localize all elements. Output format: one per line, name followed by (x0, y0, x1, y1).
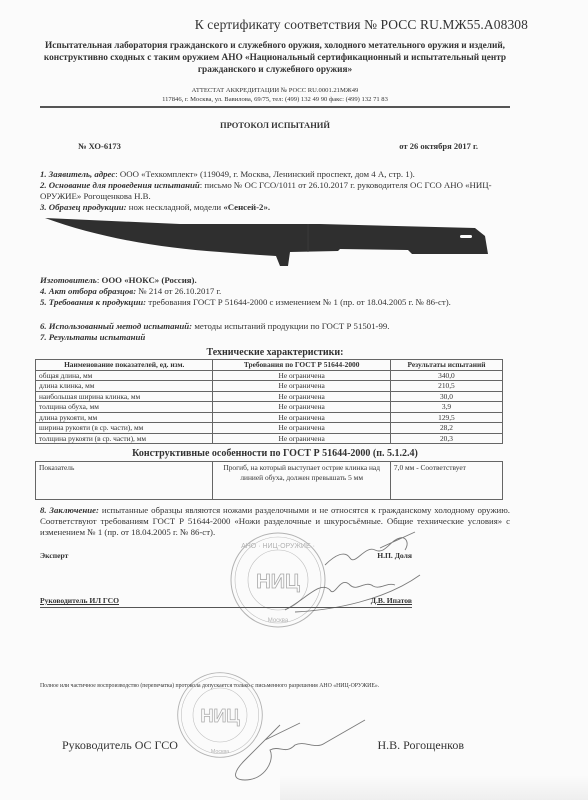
accreditation-number: АТТЕСТАТ АККРЕДИТАЦИИ № РОСС RU.0001.21М… (40, 86, 510, 95)
lab-address: 117846, г. Москва, ул. Вавилова, 69/75, … (40, 95, 510, 104)
head-lab-role: Руководитель ИЛ ГСО (40, 596, 119, 605)
certificate-reference: К сертификату соответствия № РОСС RU.МЖ5… (195, 17, 528, 33)
lab-header: Испытательная лаборатория гражданского и… (40, 40, 510, 76)
expert-signature-row: Эксперт Н.П. Доля (40, 551, 412, 563)
expert-role: Эксперт (40, 551, 68, 560)
table-row: Показатель Прогиб, на который выступает … (36, 462, 503, 500)
protocol-date: от 26 октября 2017 г. (399, 141, 478, 151)
document-title: ПРОТОКОЛ ИСПЫТАНИЙ (40, 120, 510, 130)
item-method: 6. Использованный метод испытаний: метод… (40, 321, 510, 332)
head-lab-signature-icon (275, 570, 425, 615)
svg-text:АНО · НИЦ-ОРУЖИЕ ·: АНО · НИЦ-ОРУЖИЕ · (241, 543, 315, 550)
accreditation-block: АТТЕСТАТ АККРЕДИТАЦИИ № РОСС RU.0001.21М… (40, 86, 510, 104)
protocol-number: № ХО-6173 (78, 141, 121, 151)
item-results: 7. Результаты испытаний (40, 332, 510, 343)
head-os-name: Н.В. Рогощенков (377, 738, 464, 753)
table-row: наибольшая ширина клинка, ммНе ограничен… (36, 391, 503, 402)
table-row: ширина рукояти (в ср. части), ммНе огран… (36, 423, 503, 434)
table-row: толщина рукояти (в ср. части), ммНе огра… (36, 433, 503, 444)
item-manufacturer: Изготовитель: ООО «НОКС» (Россия). (40, 275, 510, 286)
head-os-role: Руководитель ОС ГСО (62, 738, 178, 753)
expert-signature-icon (320, 530, 430, 570)
column-header: Результаты испытаний (390, 360, 502, 371)
item-basis: 2. Основание для проведения испытаний: п… (40, 180, 510, 202)
item-requirements: 5. Требования к продукции: требования ГО… (40, 297, 510, 308)
item-sample: 3. Образец продукции: нож нескладной, мо… (40, 202, 510, 213)
header-divider (40, 106, 510, 108)
table-row: длина клинка, ммНе ограничена210,5 (36, 381, 503, 392)
design-features-title: Конструктивные особенности по ГОСТ Р 516… (40, 448, 510, 459)
tech-specs-table: Наименование показателей, ед. изм. Требо… (35, 359, 503, 444)
column-header: Наименование показателей, ед. изм. (36, 360, 213, 371)
table-row: общая длина, ммНе ограничена340,0 (36, 370, 503, 381)
column-header: Требования по ГОСТ Р 51644-2000 (213, 360, 390, 371)
table-header-row: Наименование показателей, ед. изм. Требо… (36, 360, 503, 371)
table-row: толщина обуха, ммНе ограничена3,9 (36, 402, 503, 413)
svg-text:Москва: Москва (268, 618, 289, 624)
tech-specs-title: Технические характеристики: (40, 347, 510, 358)
item-sampling-act: 4. Акт отбора образцов: № 214 от 26.10.2… (40, 286, 510, 297)
scan-shadow (280, 775, 588, 800)
knife-image (40, 216, 510, 266)
head-lab-signature-row: Руководитель ИЛ ГСО Д.В. Ипатов (40, 596, 412, 608)
item-applicant: 1. Заявитель, адрес: ООО «Техкомплект» (… (40, 169, 510, 180)
head-lab-name: Д.В. Ипатов (371, 596, 412, 605)
table-row: длина рукояти, ммНе ограничена129,5 (36, 412, 503, 423)
expert-name: Н.П. Доля (377, 551, 412, 560)
design-features-table: Показатель Прогиб, на который выступает … (35, 461, 503, 500)
